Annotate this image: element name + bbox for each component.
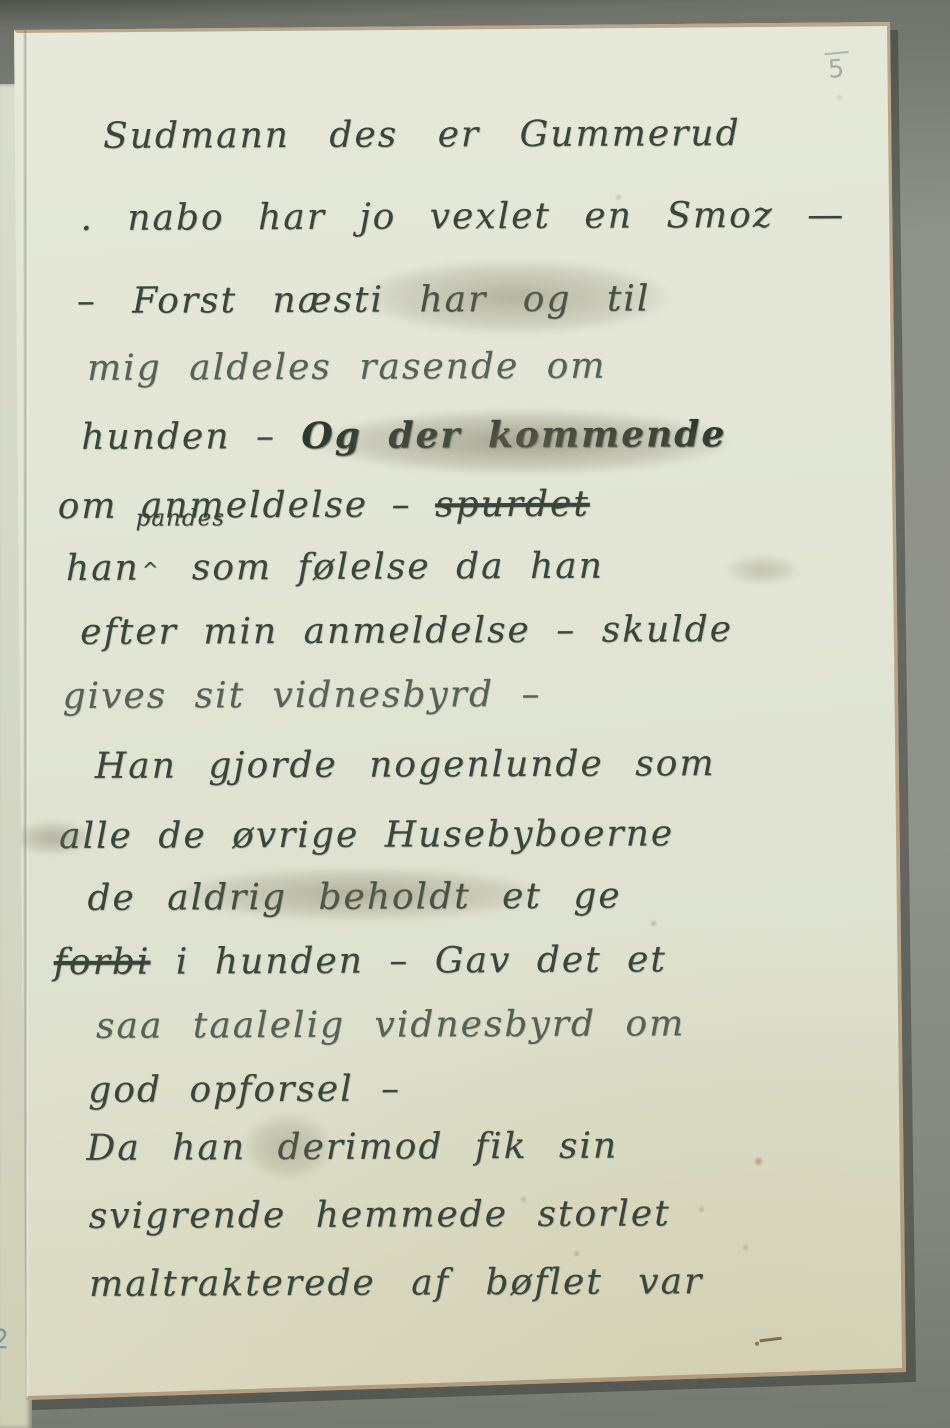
- manuscript-line: han^pandessom følelse da han: [66, 546, 604, 589]
- photograph-background: 5 Sudmann des er Gummerud . nabo har jo …: [0, 0, 950, 1428]
- manuscript-line: Han gjorde nogenlunde som: [95, 743, 716, 787]
- ink-smudge: [726, 556, 798, 584]
- archival-number: 2: [0, 1324, 9, 1355]
- manuscript-line: Da han derimod fik sin: [86, 1126, 618, 1169]
- ink-smudge: [14, 822, 92, 854]
- manuscript-line: gives sit vidnesbyrd –: [62, 674, 541, 717]
- manuscript-line: . nabo har jo vexlet en Smoz —: [80, 195, 845, 239]
- ink-smudge: [360, 260, 670, 334]
- manuscript-line: mig aldeles rasende om: [87, 346, 607, 389]
- insertion-caret: ^: [142, 558, 161, 582]
- manuscript-line: Sudmann des er Gummerud: [103, 113, 741, 157]
- insertion: ^pandes: [140, 569, 192, 579]
- manuscript-line: forbi i hunden – Gav det et: [54, 939, 667, 983]
- manuscript-line: efter min anmeldelse – skulde: [80, 609, 733, 653]
- foxing-spots: [0, 0, 3, 3]
- manuscript-line: alle de øvrige Husebyboerne: [59, 813, 674, 857]
- struck-word: spurdet: [435, 484, 590, 526]
- manuscript-line: saa taalelig vidnesbyrd om: [96, 1003, 686, 1047]
- struck-word: forbi: [54, 942, 151, 983]
- handwriting: Sudmann des er Gummerud . nabo har jo ve…: [0, 0, 950, 1428]
- manuscript-line: maltrakterede af bøflet var: [89, 1261, 703, 1305]
- manuscript-line: svigrende hemmede storlet: [89, 1193, 671, 1237]
- inserted-word: pandes: [136, 505, 226, 531]
- ink-smudge: [320, 410, 726, 474]
- ink-smudge: [244, 1114, 332, 1180]
- manuscript-page: 5 Sudmann des er Gummerud . nabo har jo …: [0, 0, 950, 1428]
- ink-smudge: [176, 868, 540, 920]
- manuscript-line: god opforsel –: [88, 1069, 401, 1111]
